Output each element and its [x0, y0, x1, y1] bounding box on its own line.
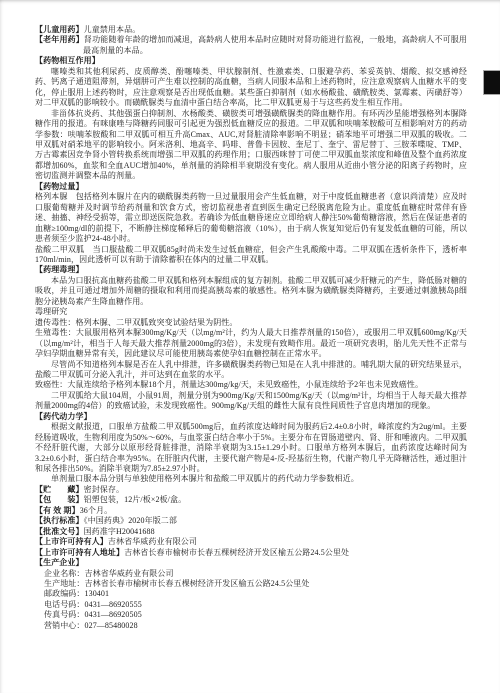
field-text: 生产地址：吉林省长春市榆树市长春五棵树经济开发区榆五公路24.5公里处 — [44, 579, 310, 588]
field-label: 【贮 藏】 — [35, 485, 84, 494]
company-detail-row: 企业名称：吉林省华威药业有限公司 — [35, 569, 467, 579]
field-text: 生殖毒性：大鼠服用格列本脲300mg/Kg/天（以mg/m²计，约为人最大日推荐… — [35, 328, 467, 358]
field-label: 【包 装】 — [35, 495, 84, 504]
doc-paragraph: 致癌性：大鼠连续给予格列本脲18个月，剂量达300mg/kg/天，未见致癌性，小… — [35, 380, 467, 390]
field-text: 儿童禁用本品。 — [84, 25, 141, 34]
field-text: 电话号码：0431—86920555 — [44, 600, 142, 609]
field-text: 吉林省华威药业有限公司 — [108, 537, 197, 546]
doc-paragraph: 生殖毒性：大鼠服用格列本脲300mg/Kg/天（以mg/m²计，约为人最大日推荐… — [35, 328, 467, 359]
field-row: 【包 装】铝塑包装，12片/板×2板/盒。 — [35, 495, 467, 505]
field-label: 【上市许可持有人】 — [35, 537, 108, 546]
field-text: 传真号码：0431—86920505 — [44, 610, 142, 619]
field-text: 单剂量口服本品分别与单独使用格列本脲片和盐酸二甲双胍片的药代动力学参数相近。 — [51, 474, 359, 483]
doc-paragraph: 噻嗪类和其他利尿药、皮质醇类、酚噻嗪类、甲状腺制剂、性激素类、口服避孕药、苯妥英… — [35, 67, 467, 109]
field-label: 【药物过量】 — [35, 182, 84, 191]
field-row: 【儿童用药】儿童禁用本品。 — [35, 25, 467, 35]
company-detail-row: 生产地址：吉林省长春市榆树市长春五棵树经济开发区榆五公路24.5公里处 — [35, 579, 467, 589]
field-row: 【贮 藏】密封保存。 — [35, 485, 467, 495]
field-label: 【批准文号】 — [35, 527, 84, 536]
field-label: 【药理毒理】 — [35, 265, 84, 274]
field-label: 【上市许可持有人地址】 — [35, 548, 124, 557]
company-detail-row: 邮政编码：130401 — [35, 589, 467, 599]
field-label: 【老年用药】 — [35, 35, 84, 44]
field-label: 【有 效 期】 — [35, 506, 80, 515]
field-text: 本品为口服抗高血糖药盐酸二甲双胍和格列本脲组成的复方制剂。盐酸二甲双胍可减少肝糖… — [35, 276, 467, 306]
field-row: 【上市许可持有人】吉林省华威药业有限公司 — [35, 537, 467, 547]
doc-paragraph: 本品为口服抗高血糖药盐酸二甲双胍和格列本脲组成的复方制剂。盐酸二甲双胍可减少肝糖… — [35, 276, 467, 307]
field-text: 邮政编码：130401 — [44, 589, 109, 598]
company-detail-row: 营销中心：027—85480028 — [35, 621, 467, 631]
field-row: 【执行标准】《中国药典》2020年版二部 — [35, 516, 467, 526]
doc-paragraph: 非甾体抗炎药、其他强蛋白抑制剂、水杨酸类、磺胺类可增强磺酰脲类的降血糖作用。有环… — [35, 109, 467, 182]
doc-content: 【儿童用药】儿童禁用本品。【老年用药】肾功能随着年龄的增加而减退，高龄病人使用本… — [35, 25, 467, 631]
field-text: 毒理研究 — [35, 307, 67, 316]
doc-paragraph: 毒理研究 — [35, 307, 467, 317]
field-text: 企业名称：吉林省华威药业有限公司 — [44, 569, 174, 578]
field-label: 【执行标准】 — [35, 516, 84, 525]
field-text: 铝塑包装，12片/板×2板/盒。 — [84, 495, 187, 504]
section-label: 【药代动力学】 — [35, 412, 467, 422]
field-row: 【老年用药】肾功能随着年龄的增加而减退，高龄病人使用本品时应随时对肾功能进行监视… — [35, 35, 467, 56]
leaflet-page: 【儿童用药】儿童禁用本品。【老年用药】肾功能随着年龄的增加而减退，高龄病人使用本… — [0, 0, 500, 693]
section-label: 【药理毒理】 — [35, 265, 467, 275]
field-text: 根据文献报道，口服单方盐酸二甲双胍500mg后，血药浓度达峰时间为服药后2.4±… — [35, 422, 467, 473]
field-text: 密封保存。 — [84, 485, 125, 494]
doc-paragraph: 尽管尚不知道格列本脲是否在人乳中排泄，许多磺酰脲类药物已知是在人乳中排泄的。哺乳… — [35, 360, 467, 381]
company-detail-row: 电话号码：0431—86920555 — [35, 600, 467, 610]
field-text: 遗传毒性：格列本脲、二甲双胍致突变试验结果为阴性。 — [35, 318, 238, 327]
field-label: 【儿童用药】 — [35, 25, 84, 34]
company-detail-row: 传真号码：0431—86920505 — [35, 610, 467, 620]
section-label: 【生产企业】 — [35, 558, 467, 568]
field-text: 36个月。 — [80, 506, 113, 515]
field-text: 尽管尚不知道格列本脲是否在人乳中排泄，许多磺酰脲类药物已知是在人乳中排泄的。哺乳… — [35, 360, 467, 379]
doc-paragraph: 单剂量口服本品分别与单独使用格列本脲片和盐酸二甲双胍片的药代动力学参数相近。 — [35, 474, 467, 484]
field-text: 盐酸二甲双胍 当口服盐酸二甲双胍85g时尚未发生过低血糖症，但会产生乳酸酸中毒。… — [35, 245, 467, 264]
doc-paragraph: 根据文献报道，口服单方盐酸二甲双胍500mg后，血药浓度达峰时间为服药后2.4±… — [35, 422, 467, 474]
doc-paragraph: 二甲双胍给大鼠104周，小鼠91周，剂量分别为900mg/Kg/天和1500mg… — [35, 391, 467, 412]
field-text: 肾功能随着年龄的增加而减退，高龄病人使用本品时应随时对肾功能进行监视，一般地，高… — [83, 35, 467, 54]
field-text: 二甲双胍给大鼠104周，小鼠91周，剂量分别为900mg/Kg/天和1500mg… — [35, 391, 467, 410]
field-text: 吉林省长春市榆树市长春五棵树经济开发区榆五公路24.5公里处 — [124, 548, 349, 557]
field-text: 格列本脲 包括格列本脲片在内的磺酰脲类药物一旦过量服用会产生低血糖，对于中度低血… — [35, 192, 467, 243]
field-text: 致癌性：大鼠连续给予格列本脲18个月，剂量达300mg/kg/天，未见致癌性，小… — [35, 380, 423, 389]
field-label: 【生产企业】 — [35, 558, 84, 567]
doc-paragraph: 遗传毒性：格列本脲、二甲双胍致突变试验结果为阴性。 — [35, 318, 467, 328]
field-text: 《中国药典》2020年版二部 — [84, 516, 177, 525]
field-row: 【批准文号】国药准字H20041688 — [35, 527, 467, 537]
field-row: 【有 效 期】36个月。 — [35, 506, 467, 516]
scan-redaction-mark — [483, 70, 500, 95]
field-label: 【药代动力学】 — [35, 412, 92, 421]
field-label: 【药物相互作用】 — [35, 56, 100, 65]
scanned-leaflet-page: { "document": { "blocks": [ {"type": "kv… — [0, 0, 500, 693]
field-text: 非甾体抗炎药、其他强蛋白抑制剂、水杨酸类、磺胺类可增强磺酰脲类的降血糖作用。有环… — [35, 109, 467, 181]
field-row: 【上市许可持有人地址】吉林省长春市榆树市长春五棵树经济开发区榆五公路24.5公里… — [35, 548, 467, 558]
field-text: 噻嗪类和其他利尿药、皮质醇类、酚噻嗪类、甲状腺制剂、性激素类、口服避孕药、苯妥英… — [35, 67, 467, 107]
field-text: 国药准字H20041688 — [84, 527, 155, 536]
section-label: 【药物相互作用】 — [35, 56, 467, 66]
section-label: 【药物过量】 — [35, 182, 467, 192]
field-text: 营销中心：027—85480028 — [44, 621, 138, 630]
doc-paragraph: 格列本脲 包括格列本脲片在内的磺酰脲类药物一旦过量服用会产生低血糖，对于中度低血… — [35, 192, 467, 244]
doc-paragraph: 盐酸二甲双胍 当口服盐酸二甲双胍85g时尚未发生过低血糖症，但会产生乳酸酸中毒。… — [35, 245, 467, 266]
